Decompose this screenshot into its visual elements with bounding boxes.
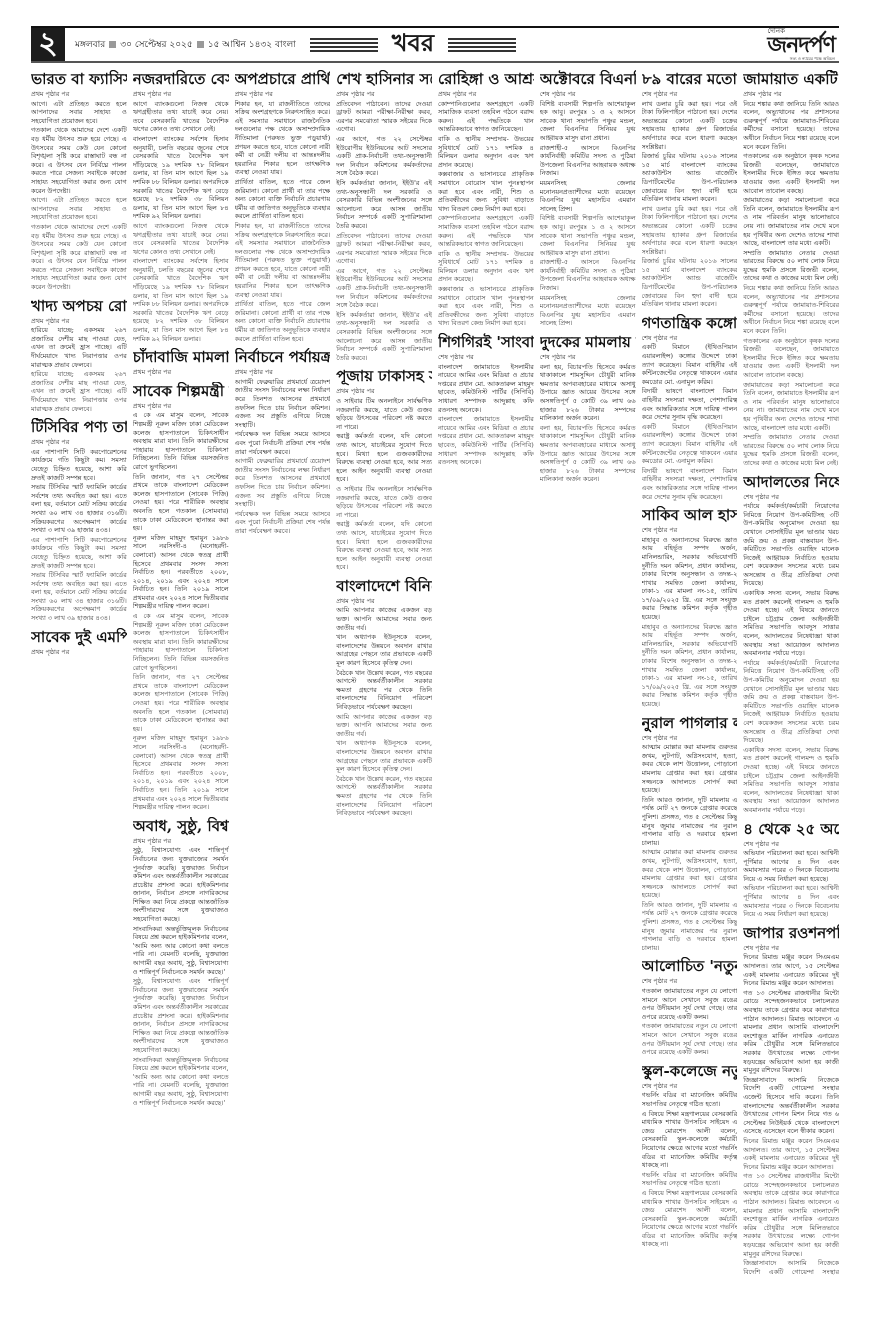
paragraph: ও সাইবার টিম অনলাইনে সার্বক্ষণিক নজরদারি… xyxy=(336,485,432,519)
article-headline[interactable]: সাকিব আল হাসানের সম্পদের xyxy=(642,506,738,525)
continuation-label: শেষ পৃষ্ঠার পর xyxy=(540,90,636,99)
article-body: এর পাশাপাশি সিটি করপোরেশনের কার্যক্রমে গ… xyxy=(31,448,127,623)
paragraph: তিনি আরও জানান, দুটি মামলায় এ পর্যন্ত ম… xyxy=(642,901,738,953)
paragraph: আগামী ফেব্রুয়ারির প্রথমার্ধে ত্রয়োদশ জ… xyxy=(235,378,331,430)
article-headline[interactable]: জাপার রওশনপন্থি মহাসচিব xyxy=(743,924,839,943)
article-headline[interactable]: অক্টোবরে বিএনপির প্রাথমিক xyxy=(540,70,636,89)
paragraph: দিনের রিমান্ড মঞ্জুর করেন সিএমএম আদালত। … xyxy=(743,953,839,987)
paragraph: মাহাবুব ও অন্যান্যদের বিরুদ্ধে জ্ঞাত আয়… xyxy=(642,623,738,709)
paragraph: আগে। এটা প্রতিহত করতে হলে আপনাদের সবার স… xyxy=(31,100,127,126)
paragraph: এর পাশাপাশি সিটি করপোরেশনের কার্যক্রমে গ… xyxy=(31,536,127,570)
article-headline[interactable]: শেখ হাসিনার সঙ্গে xyxy=(336,70,432,89)
paragraph: এ কে এম মাসুম বলেন, সাবেক শিল্পমন্ত্রী ন… xyxy=(133,411,229,471)
text-column: জামায়াত একটি ভয়ংকরপ্রথম পৃষ্ঠার পরনিয়… xyxy=(743,66,839,1276)
article-headline[interactable]: আদালতের নিষেধাজ্ঞা অমান্য xyxy=(743,473,839,492)
news-article: শিগগিরই 'সাংবাদিক সুরক্ষাশেষ পৃষ্ঠার পরব… xyxy=(438,333,534,467)
paragraph: রাজশাহী-৫ আসনে বিএনপির কার্যনির্বাহী কমি… xyxy=(540,144,636,178)
paragraph: গভর্নিং বডির বা ম্যানেজিং কমিটির সভাপতির… xyxy=(642,1171,738,1188)
paragraph: মাহাবুব ও অন্যান্যদের বিরুদ্ধে জ্ঞাত আয়… xyxy=(642,536,738,622)
news-article: অবাধ, সুষ্ঠু, বিশ্বাসযোগ্যপ্রথম পৃষ্ঠার … xyxy=(133,817,229,1107)
paragraph: বাংলাদেশ ব্যাংকের সর্বশেষ হিসাব অনুযায়ী… xyxy=(133,257,229,343)
paragraph: পর্যায়ে কর্মকর্তা/কর্মচারী নিয়োগের নিম… xyxy=(743,502,839,588)
paragraph: সাংবাদিকরা অন্তর্ভুক্তিমূলক নির্বাচনের ব… xyxy=(133,925,229,977)
continuation-label: প্রথম পৃষ্ঠার পর xyxy=(235,368,331,377)
news-article: অক্টোবরে বিএনপির প্রাথমিকশেষ পৃষ্ঠার পরব… xyxy=(540,70,636,328)
continuation-label: প্রথম পৃষ্ঠার পর xyxy=(133,368,229,377)
article-body: বলা হয়, বিচারপতি হিসেবে কর্মরত থাকাকালে… xyxy=(540,363,636,484)
masthead: ২ মঙ্গলবার৩০ সেপ্টেম্বর ২০২৫১৫ আশ্বিন ১৪… xyxy=(31,26,839,63)
paragraph: লাখ ডলার চুরি করা হয়। পরে ওই টাকা ফিলিপ… xyxy=(642,205,738,257)
paragraph: বলা হয়, বিচারপতি হিসেবে কর্মরত থাকাকালে… xyxy=(540,363,636,423)
paragraph: প্রতিবেদন পাঠাবেন। তাদের দেওয়া ড্রাফট আ… xyxy=(336,232,432,266)
paragraph: ও সাইবার টিম অনলাইনে সার্বক্ষণিক নজরদারি… xyxy=(336,397,432,431)
article-body: সুষ্ঠু, বিশ্বাসযোগ্য এবং শান্তিপূর্ণ নির… xyxy=(133,846,229,1107)
article-body: কোম্পানিগুলোর অংশগ্রহণে একটি সামাজিক ব্য… xyxy=(438,100,534,328)
paragraph: আমি আপনার কাজের একজন বড় ভক্ত। আপনি আমাদ… xyxy=(336,713,432,739)
article-body: আগামী ফেব্রুয়ারির প্রথমার্ধে ত্রয়োদশ জ… xyxy=(235,378,331,536)
paragraph: সাংবাদিকরা অন্তর্ভুক্তিমূলক নির্বাচনের ব… xyxy=(133,1056,229,1108)
continuation-label: প্রথম পৃষ্ঠার পর xyxy=(133,90,229,99)
paragraph: তিনি জানান, গত ২৭ সেপ্টেম্বর প্রথমে তাকে… xyxy=(133,473,229,533)
decorative-rules xyxy=(448,38,516,52)
news-article: আদালতের নিষেধাজ্ঞা অমান্যশেষ পৃষ্ঠার পরপ… xyxy=(743,473,839,815)
paragraph: আত্মাম মোল্লার করা মামলায় গুরুতর জখম, ল… xyxy=(642,848,738,900)
article-headline[interactable]: গণতান্ত্রিক কঙ্গো প্রজাতন্ত্রে xyxy=(642,314,738,333)
paragraph: আত্মাম মোল্লার করা মামলায় গুরুতর জখম, ল… xyxy=(642,743,738,795)
separator-square-icon xyxy=(197,41,204,48)
article-headline[interactable]: স্কুল-কলেজে নতুন xyxy=(642,1062,738,1081)
paragraph: গভর্নিং বডির বা ম্যানেজিং কমিটির সভাপতির… xyxy=(642,1091,738,1108)
paragraph: গতকাল থেকে আমাদের দেশে একটি বড় ধর্মীয় … xyxy=(31,126,127,195)
paragraph: স্বরাষ্ট্র কর্মকর্তা বলেন, যদি কোনো তথ্য… xyxy=(336,520,432,572)
article-body: আত্মাম মোল্লার করা মামলায় গুরুতর জখম, ল… xyxy=(642,743,738,952)
paragraph: কক্সবাজার ও ভাসানচরে প্রাকৃতিক সমাধানে ব… xyxy=(438,170,534,213)
date-bangla: ১৫ আশ্বিন ১৪৩২ বাংলা xyxy=(208,40,296,50)
text-column: অপপ্রচারে প্রার্থিতা বাতিলপ্রথম পৃষ্ঠার … xyxy=(235,66,331,1276)
continuation-label: প্রথম পৃষ্ঠার পর xyxy=(336,387,432,396)
paragraph: পর্যায়ে কর্মকর্তা/কর্মচারী নিয়োগের নিম… xyxy=(743,659,839,745)
article-body: লাখ ডলার চুরি করা হয়। পরে ওই টাকা ফিলিপ… xyxy=(642,100,738,309)
news-article: স্কুল-কলেজে নতুনশেষ পৃষ্ঠার পরগভর্নিং বড… xyxy=(642,1062,738,1249)
paragraph: খান অধ্যাপক ইউনূসকে বলেন, বাংলাদেশের উন্… xyxy=(336,739,432,773)
news-article: নজরদারিতে বেসরকারি খাতেরপ্রথম পৃষ্ঠার পর… xyxy=(133,70,229,343)
paragraph: বৈঠকে খান উল্লেখ করেন, গত বছরের আগস্টে অ… xyxy=(336,669,432,712)
text-column: রোহিঙ্গা ও আশ্রয়দাতাদেরপ্রথম পৃষ্ঠার পর… xyxy=(438,66,534,1276)
article-headline[interactable]: অপপ্রচারে প্রার্থিতা বাতিল xyxy=(235,70,331,89)
news-article: সাবেক দুই এমপিসহপ্রথম পৃষ্ঠার পর xyxy=(31,628,127,657)
paragraph: নূরুল মজিদ মাহমুদ হুমায়ুন ১৯৮৬ সালে নরস… xyxy=(133,734,229,811)
paragraph: বিশিষ্ট ব্যবসায়ী শিল্পপতি আশেয়াকুল হক … xyxy=(540,214,636,257)
continuation-label: প্রথম পৃষ্ঠার পর xyxy=(133,402,229,411)
continuation-label: প্রথম পৃষ্ঠার পর xyxy=(133,837,229,846)
continuation-label: শেষ পৃষ্ঠার পর xyxy=(743,493,839,502)
news-article: রোহিঙ্গা ও আশ্রয়দাতাদেরপ্রথম পৃষ্ঠার পর… xyxy=(438,70,534,328)
news-article: নির্বাচনে পর্যায়ক্রমে ১৫০প্রথম পৃষ্ঠার … xyxy=(235,348,331,535)
news-article: ৮৯ বারের মতোশেষ পৃষ্ঠার পরলাখ ডলার চুরি … xyxy=(642,70,738,309)
article-headline[interactable]: ৪ থেকে ২৫ অক্টোবর xyxy=(743,820,839,839)
article-body: বাংলাদেশ জামায়াতে ইসলামীর নায়েবে আমির … xyxy=(438,363,534,467)
news-article: অপপ্রচারে প্রার্থিতা বাতিলপ্রথম পৃষ্ঠার … xyxy=(235,70,331,343)
decorative-rules xyxy=(310,38,378,52)
paragraph: এর পাশাপাশি সিটি করপোরেশনের কার্যক্রমে গ… xyxy=(31,448,127,482)
continuation-label: শেষ পৃষ্ঠার পর xyxy=(642,1082,738,1091)
news-article: ভারত বা ফ্যাসিস্টদেরপ্রথম পৃষ্ঠার পরআগে।… xyxy=(31,70,127,292)
paragraph: প্রার্থিতা বাতিল, হতে পারে জেল জরিমানা। … xyxy=(235,178,331,221)
article-body: মাহাবুব ও অন্যান্যদের বিরুদ্ধে জ্ঞাত আয়… xyxy=(642,536,738,709)
article-body: আগে ব্যাংকগুলো নিজস্ব থেকে ঋণগ্রহীতার তথ… xyxy=(133,100,229,344)
article-body: এ কে এম মাসুম বলেন, সাবেক শিল্পমন্ত্রী ন… xyxy=(133,411,229,811)
paragraph: অভিযান পরিচালনা করা হবে। আশ্বিনী পূর্ণিম… xyxy=(743,849,839,883)
article-headline[interactable]: টিসিবির পণ্য তালিকায় xyxy=(31,418,127,437)
paragraph: জামায়াতের কড়া সমালোচনা করে তিনি বলেন, … xyxy=(743,381,839,433)
news-article: সাকিব আল হাসানের সম্পদেরশেষ পৃষ্ঠার পরমা… xyxy=(642,506,738,708)
paragraph: আগামী ফেব্রুয়ারির প্রথমার্ধে ত্রয়োদশ জ… xyxy=(235,457,331,509)
article-body: নিয়ে শঙ্কার কথা জানিয়ে তিনি আরও বলেন, … xyxy=(743,100,839,468)
article-body: একটি বিমানে (ইথিওপিয়ান এয়ারলাইন্স) কঙ্… xyxy=(642,343,738,501)
continuation-label: শেষ পৃষ্ঠার পর xyxy=(642,526,738,535)
paragraph: কোম্পানিগুলোর অংশগ্রহণে একটি সামাজিক ব্য… xyxy=(438,100,534,134)
article-headline[interactable]: দুদকের মামলায় সাবেক xyxy=(540,333,636,352)
continuation-label: শেষ পৃষ্ঠার পর xyxy=(642,977,738,986)
paragraph: রিজার্ভ চুরির ঘটনায় ২০১৬ সালের ১৫ মার্চ… xyxy=(642,257,738,309)
day: মঙ্গলবার xyxy=(75,40,105,50)
text-column: ভারত বা ফ্যাসিস্টদেরপ্রথম পৃষ্ঠার পরআগে।… xyxy=(31,66,127,1276)
paragraph: এর আগে, গত ২২ সেপ্টেম্বর ইউরোপীয় ইউনিয়… xyxy=(336,135,432,178)
paragraph: এ কে এম মাসুম বলেন, সাবেক শিল্পমন্ত্রী ন… xyxy=(133,612,229,672)
continuation-label: প্রথম পৃষ্ঠার পর xyxy=(743,90,839,99)
paragraph: সম্প্রতি জামায়াত নেতার দেওয়া ভারতের বি… xyxy=(743,433,839,467)
paragraph: হারিয়ে যাচ্ছে; একসময় ২৬৭ প্রজাতির দেশী… xyxy=(31,326,127,369)
article-headline[interactable]: নজরদারিতে বেসরকারি খাতের xyxy=(133,70,229,89)
continuation-label: প্রথম পৃষ্ঠার পর xyxy=(31,648,127,657)
article-headline[interactable]: আলোচিত 'নতুন লোগো' xyxy=(642,957,738,976)
page-number: ২ xyxy=(31,28,65,61)
paragraph: জিজ্ঞাসাবাদে আসামি নিজেকে বিদেশি একটি গো… xyxy=(743,1259,839,1276)
article-headline[interactable]: ৮৯ বারের মতো xyxy=(642,70,738,89)
paragraph: বিশিষ্ট ব্যবসায়ী শিল্পপতি আশেয়াকুল হক … xyxy=(540,100,636,143)
article-headline[interactable]: অবাধ, সুষ্ঠু, বিশ্বাসযোগ্য xyxy=(133,817,229,836)
paragraph: কক্সবাজার ও ভাসানচরে প্রাকৃতিক সমাধানে ব… xyxy=(438,285,534,328)
article-body: অভিযান পরিচালনা করা হবে। আশ্বিনী পূর্ণিম… xyxy=(743,849,839,919)
article-headline[interactable]: নির্বাচনে পর্যায়ক্রমে ১৫০ xyxy=(235,348,331,367)
paragraph: বাংলাদেশ জামায়াতে ইসলামীর নায়েবে আমির … xyxy=(438,363,534,415)
paragraph: সুষ্ঠু, বিশ্বাসযোগ্য এবং শান্তিপূর্ণ নির… xyxy=(133,977,229,1054)
paragraph: অভিযান পরিচালনা করা হবে। আশ্বিনী পূর্ণিম… xyxy=(743,884,839,918)
paragraph: দিনের রিমান্ড মঞ্জুর করেন সিএমএম আদালত। … xyxy=(743,1137,839,1171)
news-article: আলোচিত 'নতুন লোগো'শেষ পৃষ্ঠার পরগতকাল জা… xyxy=(642,957,738,1056)
paragraph: পর্যবেক্ষক দল বিভিন্ন সময়ে আসবে এবং পুর… xyxy=(235,510,331,536)
article-body: শিকার হন, যা রাজনীতিতে তাদের সক্রিয় অংশ… xyxy=(235,100,331,344)
section-title: খবর xyxy=(392,25,434,65)
news-article: সাবেক শিল্পমন্ত্রী নূরুলপ্রথম পৃষ্ঠার পর… xyxy=(133,382,229,812)
article-headline[interactable]: খাদ্য অপচয় রোধে xyxy=(31,297,127,316)
news-article: ৪ থেকে ২৫ অক্টোবরশেষ পৃষ্ঠার পরঅভিযান পর… xyxy=(743,820,839,919)
paragraph: পর্যবেক্ষক দল বিভিন্ন সময়ে আসবে এবং পুর… xyxy=(235,430,331,456)
paragraph: জামায়াতের কড়া সমালোচনা করে তিনি বলেন, … xyxy=(743,196,839,248)
news-article: বাংলাদেশে বিনিয়োগের আগ্রহপ্রথম পৃষ্ঠার … xyxy=(336,577,432,818)
article-body: আগে। এটা প্রতিহত করতে হলে আপনাদের সবার স… xyxy=(31,100,127,292)
paragraph: নূরুল মজিদ মাহমুদ হুমায়ুন ১৯৮৬ সালে নরস… xyxy=(133,534,229,611)
paragraph: গতকাল থেকে আমাদের দেশে একটি বড় ধর্মীয় … xyxy=(31,223,127,292)
paragraph: রিজার্ভ চুরির ঘটনায় ২০১৬ সালের ১৫ মার্চ… xyxy=(642,152,738,204)
paragraph: তিনি আরও জানান, দুটি মামলায় এ পর্যন্ত ম… xyxy=(642,796,738,848)
article-body: বিশিষ্ট ব্যবসায়ী শিল্পপতি আশেয়াকুল হক … xyxy=(540,100,636,328)
paragraph: বাংলাদেশ ব্যাংকের সর্বশেষ হিসাব অনুযায়ী… xyxy=(133,135,229,221)
paragraph: ময়মনসিংহ জেলার মনোনয়নপ্রত্যাশীদের মধ্য… xyxy=(540,179,636,213)
article-columns: ভারত বা ফ্যাসিস্টদেরপ্রথম পৃষ্ঠার পরআগে।… xyxy=(31,66,839,1276)
text-column: শেখ হাসিনার সঙ্গেপ্রথম পৃষ্ঠার পরপ্রতিবে… xyxy=(336,66,432,1276)
paragraph: হারিয়ে যাচ্ছে; একসময় ২৬৭ প্রজাতির দেশী… xyxy=(31,370,127,413)
news-article: শেখ হাসিনার সঙ্গেপ্রথম পৃষ্ঠার পরপ্রতিবে… xyxy=(336,70,432,362)
news-article: পূজায় ঢাকাসহ সারাদেশেপ্রথম পৃষ্ঠার পরও … xyxy=(336,367,432,571)
news-article: জাপার রওশনপন্থি মহাসচিবশেষ পৃষ্ঠার পরদিন… xyxy=(743,924,839,1276)
paragraph: সভায় টিসিবির স্মার্ট ফ্যামিলি কার্ডের স… xyxy=(31,571,127,623)
continuation-label: শেষ পৃষ্ঠার পর xyxy=(642,334,738,343)
date-gregorian: ৩০ সেপ্টেম্বর ২০২৫ xyxy=(120,40,193,50)
continuation-label: শেষ পৃষ্ঠার পর xyxy=(743,840,839,849)
paragraph: গত ১৩ সেপ্টেম্বর রাজধানীর মিন্টো রোডে সন… xyxy=(743,1172,839,1258)
paragraph: কোম্পানিগুলোর অংশগ্রহণে একটি সামাজিক ব্য… xyxy=(438,214,534,248)
paragraph: সম্প্রতি জামায়াত নেতার দেওয়া ভারতের বি… xyxy=(743,249,839,283)
paragraph: তিনি জানান, গত ২৭ সেপ্টেম্বর প্রথমে তাকে… xyxy=(133,673,229,733)
continuation-label: প্রথম পৃষ্ঠার পর xyxy=(31,90,127,99)
paragraph: নিয়ে শঙ্কার কথা জানিয়ে তিনি আরও বলেন, … xyxy=(743,100,839,152)
news-article: চাঁদাবাজি মামলায় সমন্বয়কপ্রথম পৃষ্ঠার … xyxy=(133,348,229,377)
paragraph: বাংলাদেশ জামায়াতে ইসলামীর নায়েবে আমির … xyxy=(438,415,534,467)
paragraph: বাকি ও স্থানীয় সম্প্রদায়- উভয়ের সুবিধ… xyxy=(438,250,534,284)
paragraph: ময়মনসিংহ জেলার মনোনয়নপ্রত্যাশীদের মধ্য… xyxy=(540,294,636,328)
continuation-label: প্রথম পৃষ্ঠার পর xyxy=(336,90,432,99)
article-body: গভর্নিং বডির বা ম্যানেজিং কমিটির সভাপতির… xyxy=(642,1091,738,1249)
article-body: আমি আপনার কাজের একজন বড় ভক্ত। আপনি আমাদ… xyxy=(336,606,432,817)
text-column: ৮৯ বারের মতোশেষ পৃষ্ঠার পরলাখ ডলার চুরি … xyxy=(642,66,738,1276)
paragraph: আগে ব্যাংকগুলো নিজস্ব থেকে ঋণগ্রহীতার তথ… xyxy=(133,222,229,256)
text-column: নজরদারিতে বেসরকারি খাতেরপ্রথম পৃষ্ঠার পর… xyxy=(133,66,229,1276)
paragraph: একটি বিমানে (ইথিওপিয়ান এয়ারলাইন্স) কঙ্… xyxy=(642,423,738,466)
paragraph: জিজ্ঞাসাবাদে আসামি নিজেকে বিদেশি একটি গো… xyxy=(743,1076,839,1136)
news-article: নুরাল পাগলার লাশেশেষ পৃষ্ঠার পরআত্মাম মো… xyxy=(642,714,738,953)
paragraph: গতকালের এক অনুষ্ঠানে কৃষক দলের রিজভী বলে… xyxy=(743,152,839,195)
article-headline[interactable]: রোহিঙ্গা ও আশ্রয়দাতাদের xyxy=(438,70,534,89)
logo-name: জনদর্পণ xyxy=(767,35,835,57)
continuation-label: প্রথম পৃষ্ঠার পর xyxy=(235,90,331,99)
paragraph: গতকালের এক অনুষ্ঠানে কৃষক দলের রিজভী বলে… xyxy=(743,337,839,380)
paragraph: এর আগে, গত ২২ সেপ্টেম্বর ইউরোপীয় ইউনিয়… xyxy=(336,267,432,310)
article-body: গতকাল জামায়াতের নতুন যে লোগো সামনে আনে … xyxy=(642,987,738,1057)
paragraph: রাজশাহী-৫ আসনে বিএনপির কার্যনির্বাহী কমি… xyxy=(540,258,636,292)
paragraph: ইসি কর্মকর্তারা জানান, ইইউ'র এই তথ্য-অনু… xyxy=(336,179,432,231)
continuation-label: প্রথম পৃষ্ঠার পর xyxy=(336,597,432,606)
news-article: গণতান্ত্রিক কঙ্গো প্রজাতন্ত্রেশেষ পৃষ্ঠা… xyxy=(642,314,738,501)
article-headline[interactable]: জামায়াত একটি ভয়ংকর xyxy=(743,70,839,89)
paragraph: খান অধ্যাপক ইউনূসকে বলেন, বাংলাদেশের উন্… xyxy=(336,633,432,667)
paragraph: গতকাল জামায়াতের নতুন যে লোগো সামনে আনে … xyxy=(642,1022,738,1056)
continuation-label: শেষ পৃষ্ঠার পর xyxy=(642,90,738,99)
paragraph: একটি বিমানে (ইথিওপিয়ান এয়ারলাইন্স) কঙ্… xyxy=(642,343,738,386)
article-headline[interactable]: নুরাল পাগলার লাশে xyxy=(642,714,738,733)
article-body: দিনের রিমান্ড মঞ্জুর করেন সিএমএম আদালত। … xyxy=(743,953,839,1276)
news-article: জামায়াত একটি ভয়ংকরপ্রথম পৃষ্ঠার পরনিয়… xyxy=(743,70,839,468)
paragraph: প্রতিবেদন পাঠাবেন। তাদের দেওয়া ড্রাফট আ… xyxy=(336,100,432,134)
paragraph: আগে ব্যাংকগুলো নিজস্ব থেকে ঋণগ্রহীতার তথ… xyxy=(133,100,229,134)
paragraph: ইসি কর্মকর্তারা জানান, ইইউ'র এই তথ্য-অনু… xyxy=(336,311,432,363)
paragraph: প্রার্থিতা বাতিল, হতে পারে জেল জরিমানা। … xyxy=(235,300,331,343)
article-headline[interactable]: ভারত বা ফ্যাসিস্টদের xyxy=(31,70,127,89)
text-column: অক্টোবরে বিএনপির প্রাথমিকশেষ পৃষ্ঠার পরব… xyxy=(540,66,636,1276)
continuation-label: শেষ পৃষ্ঠার পর xyxy=(743,944,839,953)
paragraph: গত ১৩ সেপ্টেম্বর রাজধানীর মিন্টো রোডে সন… xyxy=(743,989,839,1075)
article-headline[interactable]: বাংলাদেশে বিনিয়োগের আগ্রহ xyxy=(336,577,432,596)
continuation-label: শেষ পৃষ্ঠার পর xyxy=(438,353,534,362)
article-body: প্রতিবেদন পাঠাবেন। তাদের দেওয়া ড্রাফট আ… xyxy=(336,100,432,363)
paragraph: শিকার হন, যা রাজনীতিতে তাদের সক্রিয় অংশ… xyxy=(235,100,331,177)
article-headline[interactable]: পূজায় ঢাকাসহ সারাদেশে xyxy=(336,367,432,386)
paragraph: শিকার হন, যা রাজনীতিতে তাদের সক্রিয় অংশ… xyxy=(235,222,331,299)
news-article: খাদ্য অপচয় রোধেপ্রথম পৃষ্ঠার পরহারিয়ে … xyxy=(31,297,127,414)
article-headline[interactable]: সাবেক দুই এমপিসহ xyxy=(31,628,127,647)
paragraph: একাধিক সদস্য বলেন, সভায় বিরুদ্ধ মত প্রক… xyxy=(743,746,839,815)
newspaper-logo: দৈনিক জনদর্পণ সত্য ও ন্যায়ের পক্ষে অবিচ… xyxy=(767,28,839,61)
continuation-label: প্রথম পৃষ্ঠার পর xyxy=(31,438,127,447)
paragraph: বাকি ও স্থানীয় সম্প্রদায়- উভয়ের সুবিধ… xyxy=(438,135,534,169)
paragraph: বিদায়ী ভাষণে বাংলাদেশ বিমান বাহিনীর সদস… xyxy=(642,467,738,501)
article-headline[interactable]: চাঁদাবাজি মামলায় সমন্বয়ক xyxy=(133,348,229,367)
continuation-label: প্রথম পৃষ্ঠার পর xyxy=(31,317,127,326)
continuation-label: শেষ পৃষ্ঠার পর xyxy=(540,353,636,362)
paragraph: এ বিষয়ে শিক্ষা মন্ত্রণালয়ের বেসরকারি ম… xyxy=(642,1110,738,1170)
article-body: পর্যায়ে কর্মকর্তা/কর্মচারী নিয়োগের নিম… xyxy=(743,502,839,814)
article-headline[interactable]: শিগগিরই 'সাংবাদিক সুরক্ষা xyxy=(438,333,534,352)
paragraph: বলা হয়, বিচারপতি হিসেবে কর্মরত থাকাকালে… xyxy=(540,424,636,484)
paragraph: বিদায়ী ভাষণে বাংলাদেশ বিমান বাহিনীর সদস… xyxy=(642,387,738,421)
paragraph: সুষ্ঠু, বিশ্বাসযোগ্য এবং শান্তিপূর্ণ নির… xyxy=(133,846,229,923)
news-article: টিসিবির পণ্য তালিকায়প্রথম পৃষ্ঠার পরএর … xyxy=(31,418,127,622)
news-article: দুদকের মামলায় সাবেকশেষ পৃষ্ঠার পরবলা হয… xyxy=(540,333,636,484)
paragraph: নিয়ে শঙ্কার কথা জানিয়ে তিনি আরও বলেন, … xyxy=(743,284,839,336)
article-headline[interactable]: সাবেক শিল্পমন্ত্রী নূরুল xyxy=(133,382,229,401)
continuation-label: শেষ পৃষ্ঠার পর xyxy=(642,734,738,743)
article-body: হারিয়ে যাচ্ছে; একসময় ২৬৭ প্রজাতির দেশী… xyxy=(31,326,127,413)
paragraph: আগে। এটা প্রতিহত করতে হলে আপনাদের সবার স… xyxy=(31,196,127,222)
paragraph: সভায় টিসিবির স্মার্ট ফ্যামিলি কার্ডের স… xyxy=(31,483,127,535)
continuation-label: প্রথম পৃষ্ঠার পর xyxy=(438,90,534,99)
paragraph: এ বিষয়ে শিক্ষা মন্ত্রণালয়ের বেসরকারি ম… xyxy=(642,1189,738,1249)
paragraph: স্বরাষ্ট্র কর্মকর্তা বলেন, যদি কোনো তথ্য… xyxy=(336,432,432,484)
paragraph: গতকাল জামায়াতের নতুন যে লোগো সামনে আনে … xyxy=(642,987,738,1021)
article-body: ও সাইবার টিম অনলাইনে সার্বক্ষণিক নজরদারি… xyxy=(336,397,432,572)
paragraph: একাধিক সদস্য বলেন, সভায় বিরুদ্ধ মত প্রক… xyxy=(743,589,839,658)
paragraph: লাখ ডলার চুরি করা হয়। পরে ওই টাকা ফিলিপ… xyxy=(642,100,738,152)
separator-square-icon xyxy=(109,41,116,48)
paragraph: বৈঠকে খান উল্লেখ করেন, গত বছরের আগস্টে অ… xyxy=(336,775,432,818)
dateline: মঙ্গলবার৩০ সেপ্টেম্বর ২০২৫১৫ আশ্বিন ১৪৩২… xyxy=(75,37,296,52)
paragraph: আমি আপনার কাজের একজন বড় ভক্ত। আপনি আমাদ… xyxy=(336,606,432,632)
